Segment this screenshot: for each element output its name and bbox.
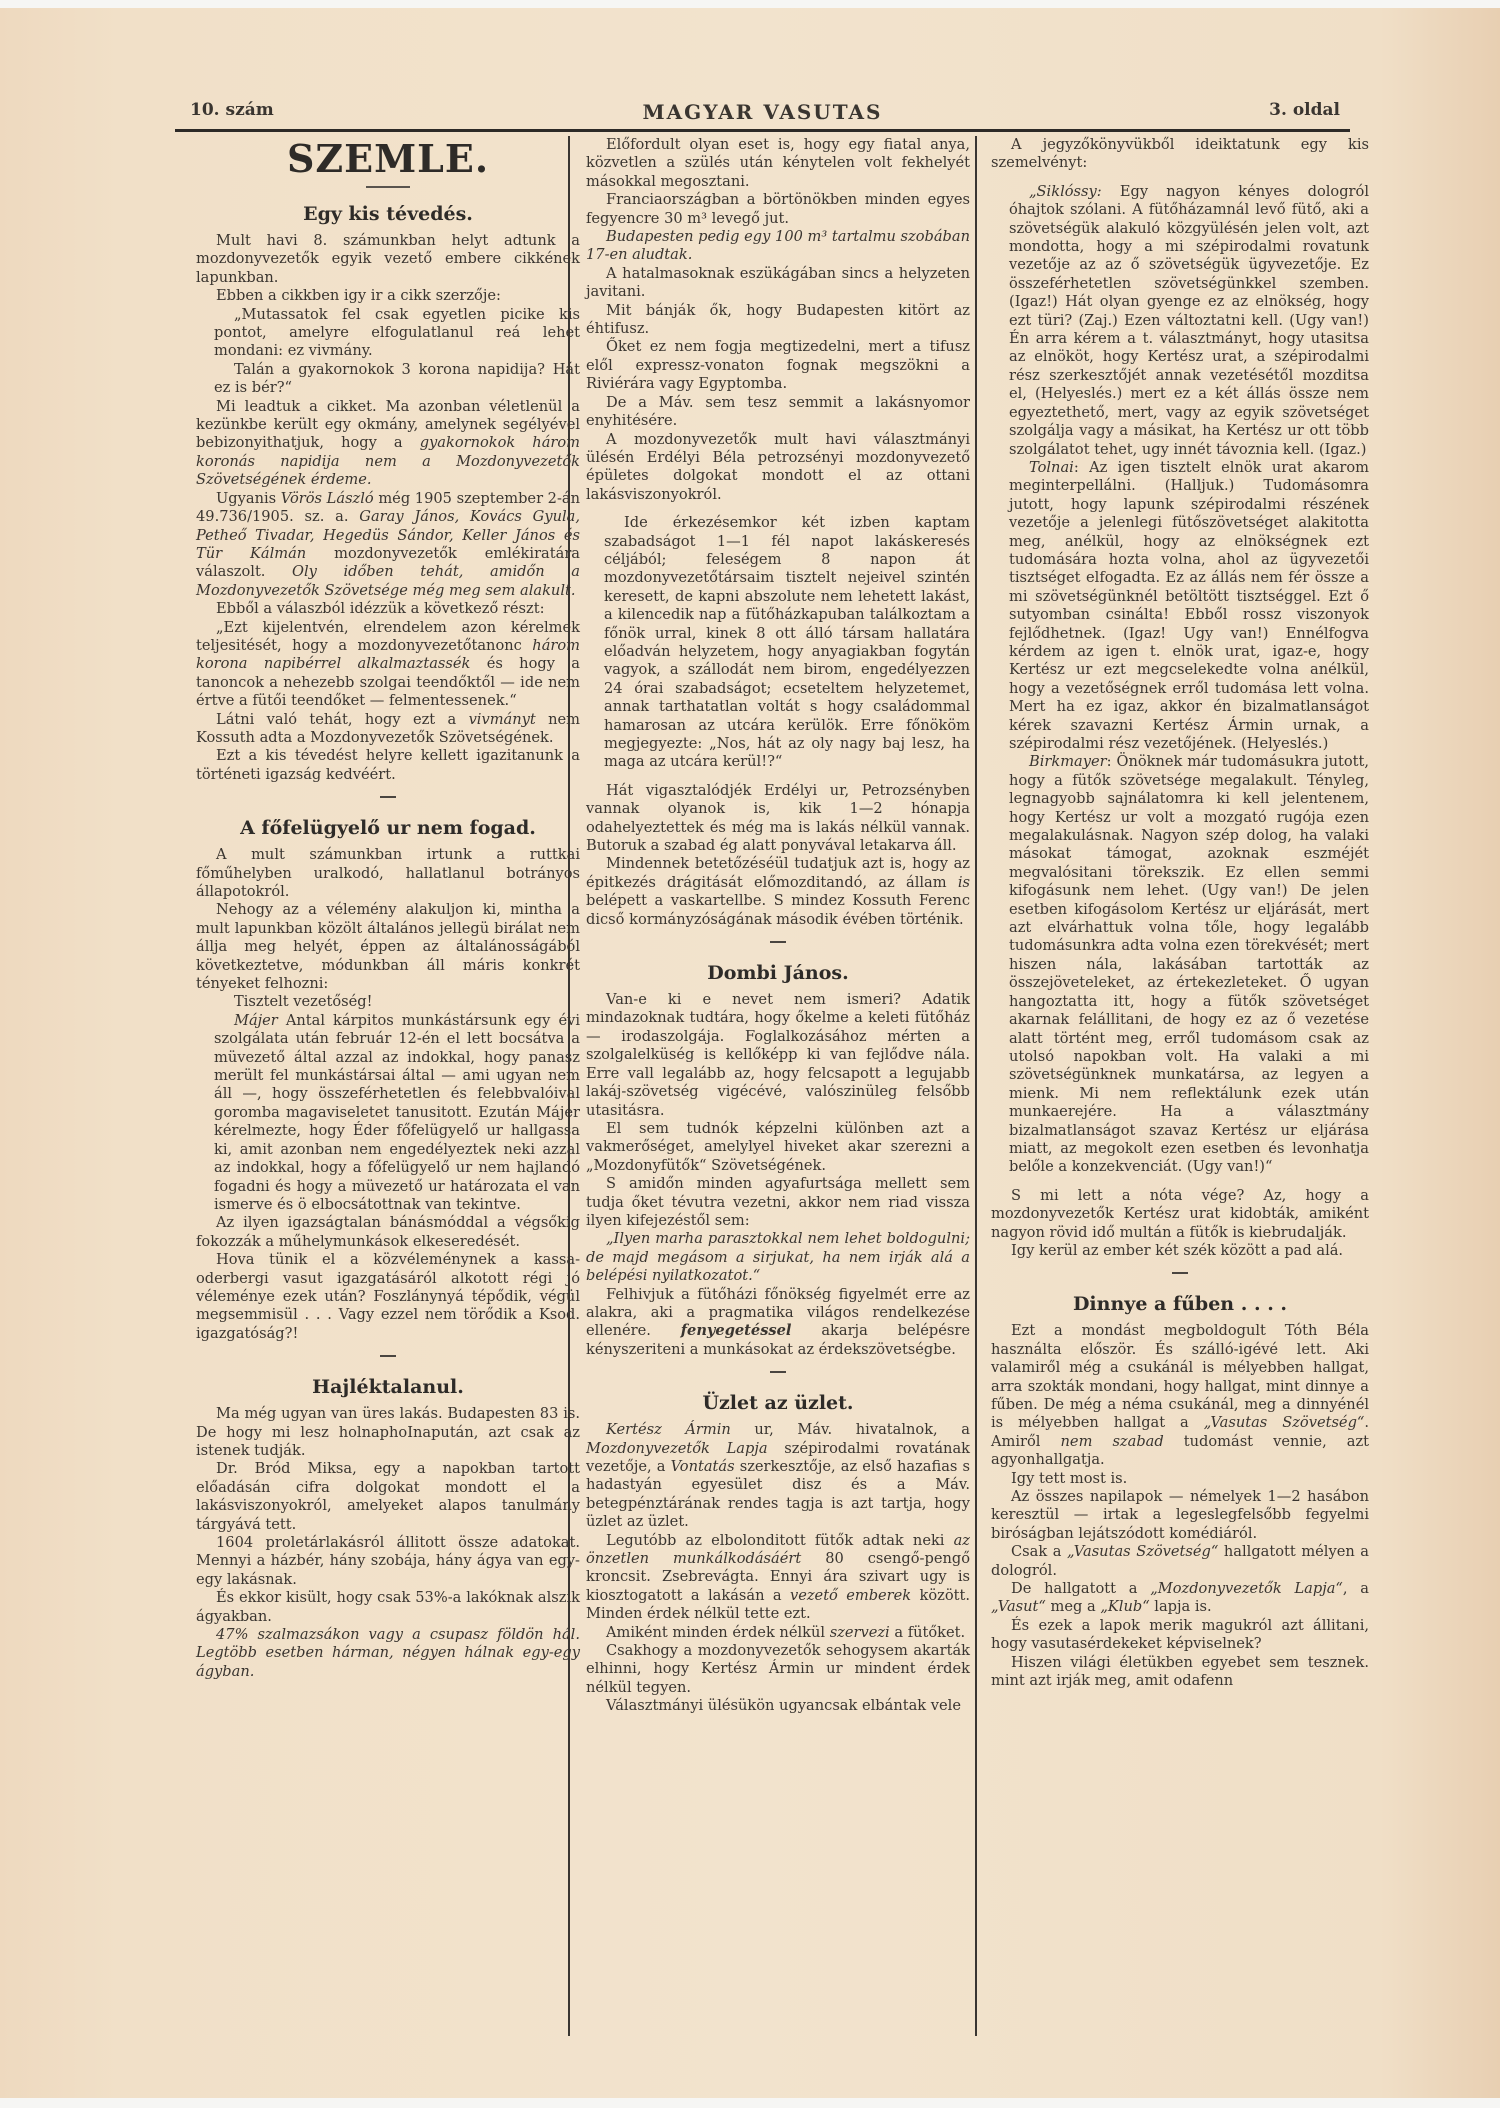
paragraph: Ugyanis Vörös László még 1905 szeptember… (196, 490, 580, 600)
paragraph: Amiként minden érdek nélkül szervezi a f… (586, 1624, 970, 1642)
body-text: Ugyanis (216, 490, 281, 507)
article-dinnye-a-fuben: Dinnye a fűben . . . . Ezt a mondást meg… (991, 1292, 1369, 1690)
article-continuation: Előfordult olyan eset is, hogy egy fiata… (586, 136, 970, 929)
body-text: Legutóbb az elbolonditott fütők adtak ne… (606, 1532, 954, 1549)
emphasis-text: fenyegetéssel (681, 1322, 792, 1339)
body-text: A mozdonyvezetők mult havi választmányi … (586, 431, 970, 503)
article-hajlektalanul: Hajléktalanul. Ma még ugyan van üres lak… (196, 1375, 580, 1681)
body-text: De a Máv. sem tesz semmit a lakásnyomor … (586, 394, 970, 429)
emphasis-text: 47% szalmazsákon vagy a csupasz földön h… (196, 1626, 580, 1680)
emphasis-text: Vontatás (671, 1458, 735, 1475)
paragraph: Csakhogy a mozdonyvezetők sehogysem akar… (586, 1642, 970, 1697)
paragraph: Mult havi 8. számunkban helyt adtunk a m… (196, 232, 580, 287)
masthead: MAGYAR VASUTAS (175, 100, 1350, 124)
body-text: El sem tudnók képzelni különben azt a va… (586, 1120, 970, 1174)
emphasis-text: „Siklóssy: (1029, 183, 1102, 200)
paragraph: És ekkor kisült, hogy csak 53%-a lakókna… (196, 1589, 580, 1626)
emphasis-text: „Vasut“ (991, 1598, 1046, 1615)
body-text: Franciaországban a börtönökben minden eg… (586, 191, 970, 226)
paragraph: Nehogy az a vélemény alakuljon ki, minth… (196, 901, 580, 993)
paragraph: Ma még ugyan van üres lakás. Budapesten … (196, 1405, 580, 1460)
paragraph: 1604 proletárlakásról állitott össze ada… (196, 1534, 580, 1589)
paragraph: Dr. Bród Miksa, egy a napokban tartott e… (196, 1460, 580, 1534)
article-title: Egy kis tévedés. (196, 202, 580, 226)
column-divider (975, 136, 977, 2036)
paragraph: Az összes napilapok — némelyek 1—2 hasáb… (991, 1488, 1369, 1543)
paragraph: A jegyzőkönyvükből ideiktatunk egy kis s… (991, 136, 1369, 173)
emphasis-text: nem szabad (1061, 1433, 1164, 1450)
article-title: Hajléktalanul. (196, 1375, 580, 1399)
body-text: Tisztelt vezetőség! (234, 993, 372, 1010)
emphasis-text: Tolnai (1029, 459, 1074, 476)
body-text: Ma még ugyan van üres lakás. Budapesten … (196, 1405, 580, 1459)
paragraph: És ezek a lapok merik magukról azt állit… (991, 1617, 1369, 1654)
paragraph: Látni való tehát, hogy ezt a vivmányt ne… (196, 711, 580, 748)
body-text: Előfordult olyan eset is, hogy egy fiata… (586, 136, 970, 190)
paragraph: „Ezt kijelentvén, elrendelem azon kérelm… (196, 619, 580, 711)
body-text: És ezek a lapok merik magukról azt állit… (991, 1617, 1369, 1652)
paragraph: „Ilyen marha parasztokkal nem lehet bold… (586, 1230, 970, 1285)
body-text: Egy nagyon kényes dologról óhajtok szóla… (1009, 183, 1369, 458)
body-text: Ebben a cikkben igy ir a cikk szerzője: (216, 287, 501, 304)
body-text: Igy tett most is. (1011, 1470, 1127, 1487)
body-text: „Ezt kijelentvén, elrendelem azon kérelm… (196, 619, 580, 654)
body-text: Nehogy az a vélemény alakuljon ki, minth… (196, 901, 580, 992)
article-body: A jegyzőkönyvükből ideiktatunk egy kis s… (991, 136, 1369, 173)
body-text: S amidőn minden agyafurtsága mellett sem… (586, 1175, 970, 1229)
body-text: Dr. Bród Miksa, egy a napokban tartott e… (196, 1460, 580, 1532)
body-text: : Önöknek már tudomásukra jutott, hogy a… (1009, 753, 1369, 1175)
separator-dash (380, 796, 396, 798)
paragraph: „Mutassatok fel csak egyetlen picike kis… (196, 306, 580, 361)
body-text: Hova tünik el a közvéleménynek a kassa-o… (196, 1251, 580, 1342)
body-text: Látni való tehát, hogy ezt a (216, 711, 469, 728)
article-title: Dombi János. (586, 961, 970, 985)
paragraph: Hiszen világi életükben egyebet sem tesz… (991, 1654, 1369, 1691)
paragraph: S amidőn minden agyafurtsága mellett sem… (586, 1175, 970, 1230)
paragraph: A mult számunkban irtunk a ruttkai főműh… (196, 846, 580, 901)
body-text: Ide érkezésemkor két izben kaptam szabad… (604, 514, 970, 770)
emphasis-text: Kertész Ármin (606, 1421, 731, 1438)
title-rule (366, 186, 410, 188)
body-text: belépett a vaskartellbe. S mindez Kossut… (586, 892, 970, 927)
body-text: S mi lett a nóta vége? Az, hogy a mozdon… (991, 1187, 1369, 1241)
body-text: ur, Máv. hivatalnok, a (731, 1421, 970, 1438)
paragraph: Tisztelt vezetőség! (196, 993, 580, 1011)
body-text: „Mutassatok fel csak egyetlen picike kis… (214, 306, 580, 360)
body-text: Az ilyen igazságtalan bánásmóddal a végs… (196, 1214, 580, 1249)
article-body: Hát vigasztalódjék Erdélyi ur, Petrozsén… (586, 782, 970, 929)
emphasis-text: Birkmayer (1029, 753, 1107, 770)
body-text: A hatalmasoknak eszükágában sincs a hely… (586, 265, 970, 300)
emphasis-text: „Ilyen marha parasztokkal nem lehet bold… (586, 1230, 970, 1284)
emphasis-text: Mozdonyvezetők Lapja (586, 1440, 768, 1457)
body-text: Talán a gyakornokok 3 korona napidija? H… (214, 361, 580, 396)
paragraph: 47% szalmazsákon vagy a csupasz földön h… (196, 1626, 580, 1681)
article-body: S mi lett a nóta vége? Az, hogy a mozdon… (991, 1187, 1369, 1261)
body-text: Hát vigasztalódjék Erdélyi ur, Petrozsén… (586, 782, 970, 854)
paragraph: Csak a „Vasutas Szövetség“ hallgatott mé… (991, 1543, 1369, 1580)
paragraph: Ebben a cikkben igy ir a cikk szerzője: (196, 287, 580, 305)
column-2: Előfordult olyan eset is, hogy egy fiata… (586, 136, 970, 1716)
emphasis-text: vivmányt (469, 711, 536, 728)
article-egy-kis-tevedes: Egy kis tévedés. Mult havi 8. számunkban… (196, 202, 580, 784)
paragraph: Ezt a kis tévedést helyre kellett igazit… (196, 747, 580, 784)
article-body: A mult számunkban irtunk a ruttkai főműh… (196, 846, 580, 1343)
article-dombi-janos: Dombi János. Van-e ki e nevet nem ismeri… (586, 961, 970, 1359)
body-text: Mit bánják ők, hogy Budapesten kitört az… (586, 302, 970, 337)
paragraph: Talán a gyakornokok 3 korona napidija? H… (196, 361, 580, 398)
body-text: Igy kerül az ember két szék között a pad… (1011, 1242, 1343, 1259)
article-body: Ma még ugyan van üres lakás. Budapesten … (196, 1405, 580, 1681)
quoted-letter: Ide érkezésemkor két izben kaptam szabad… (586, 514, 970, 772)
body-text: Hiszen világi életükben egyebet sem tesz… (991, 1654, 1369, 1689)
body-text: Őket ez nem fogja megtizedelni, mert a t… (586, 338, 970, 392)
paragraph: Őket ez nem fogja megtizedelni, mert a t… (586, 338, 970, 393)
paragraph: Az ilyen igazságtalan bánásmóddal a végs… (196, 1214, 580, 1251)
body-text: Csakhogy a mozdonyvezetők sehogysem akar… (586, 1642, 970, 1696)
column-1: SZEMLE. Egy kis tévedés. Mult havi 8. sz… (196, 136, 580, 1681)
paragraph: Felhivjuk a fütőházi főnökség figyelmét … (586, 1286, 970, 1360)
paragraph: S mi lett a nóta vége? Az, hogy a mozdon… (991, 1187, 1369, 1242)
emphasis-text: „Mozdonyvezetők Lapja“ (1150, 1580, 1343, 1597)
article-body: Ezt a mondást megboldogult Tóth Béla has… (991, 1322, 1369, 1690)
paragraph: Igy tett most is. (991, 1470, 1369, 1488)
minutes-excerpt: „Siklóssy: Egy nagyon kényes dologról óh… (991, 183, 1369, 1177)
body-text: Amiként minden érdek nélkül (606, 1624, 830, 1641)
article-body: Mult havi 8. számunkban helyt adtunk a m… (196, 232, 580, 784)
paragraph: Kertész Ármin ur, Máv. hivatalnok, a Moz… (586, 1421, 970, 1531)
body-text: Ezt a kis tévedést helyre kellett igazit… (196, 747, 580, 782)
emphasis-text: „Vasutas Szövetség“ (1204, 1414, 1365, 1431)
article-continuation: A jegyzőkönyvükből ideiktatunk egy kis s… (991, 136, 1369, 1260)
body-text: Az összes napilapok — némelyek 1—2 hasáb… (991, 1488, 1369, 1542)
section-title: SZEMLE. (196, 136, 580, 182)
body-text: meg a (1046, 1598, 1100, 1615)
paragraph: Mindennek betetőzéséül tudatjuk azt is, … (586, 855, 970, 929)
paragraph: De a Máv. sem tesz semmit a lakásnyomor … (586, 394, 970, 431)
body-text: a fütőket. (890, 1624, 965, 1641)
article-uzlet-az-uzlet: Üzlet az üzlet. Kertész Ármin ur, Máv. h… (586, 1391, 970, 1716)
emphasis-text: „Vasutas Szövetség“ (1067, 1543, 1218, 1560)
body-text: Van-e ki e nevet nem ismeri? Adatik mind… (586, 991, 970, 1118)
emphasis-text: szervezi (830, 1624, 890, 1641)
article-body: Van-e ki e nevet nem ismeri? Adatik mind… (586, 991, 970, 1359)
paragraph: Ide érkezésemkor két izben kaptam szabad… (586, 514, 970, 772)
separator-dash (380, 1355, 396, 1357)
body-text: Csak a (1011, 1543, 1067, 1560)
paragraph: Májer Antal kárpitos munkástársunk egy é… (196, 1012, 580, 1214)
paragraph: Ebből a válaszból idézzük a következő ré… (196, 600, 580, 618)
header-rule (175, 129, 1350, 132)
paragraph: Választmányi ülésükön ugyancsak elbántak… (586, 1697, 970, 1715)
article-body: Kertész Ármin ur, Máv. hivatalnok, a Moz… (586, 1421, 970, 1716)
paragraph: A hatalmasoknak eszükágában sincs a hely… (586, 265, 970, 302)
emphasis-text: Vörös László (281, 490, 374, 507)
paragraph: Előfordult olyan eset is, hogy egy fiata… (586, 136, 970, 191)
separator-dash (770, 941, 786, 943)
paragraph: A mozdonyvezetők mult havi választmányi … (586, 431, 970, 505)
paragraph: Budapesten pedig egy 100 m³ tartalmu szo… (586, 228, 970, 265)
article-body: Előfordult olyan eset is, hogy egy fiata… (586, 136, 970, 504)
paragraph: Birkmayer: Önöknek már tudomásukra jutot… (991, 753, 1369, 1176)
separator-dash (770, 1371, 786, 1373)
paragraph: Igy kerül az ember két szék között a pad… (991, 1242, 1369, 1260)
body-text: A mult számunkban irtunk a ruttkai főműh… (196, 846, 580, 900)
paragraph: El sem tudnók képzelni különben azt a va… (586, 1120, 970, 1175)
body-text: Választmányi ülésükön ugyancsak elbántak… (606, 1697, 961, 1714)
article-title: Dinnye a fűben . . . . (991, 1292, 1369, 1316)
paragraph: Mi leadtuk a cikket. Ma azonban véletlen… (196, 398, 580, 490)
article-title: Üzlet az üzlet. (586, 1391, 970, 1415)
paragraph: Hova tünik el a közvéleménynek a kassa-o… (196, 1251, 580, 1343)
paragraph: Franciaországban a börtönökben minden eg… (586, 191, 970, 228)
emphasis-text: „Klub“ (1100, 1598, 1149, 1615)
paragraph: Van-e ki e nevet nem ismeri? Adatik mind… (586, 991, 970, 1120)
emphasis-text: Budapesten pedig egy 100 m³ tartalmu szo… (586, 228, 970, 263)
body-text: És ekkor kisült, hogy csak 53%-a lakókna… (196, 1589, 580, 1624)
paragraph: Ezt a mondást megboldogult Tóth Béla has… (991, 1322, 1369, 1469)
body-text: lapja is. (1150, 1598, 1212, 1615)
body-text: , a (1343, 1580, 1369, 1597)
paragraph: „Siklóssy: Egy nagyon kényes dologról óh… (991, 183, 1369, 459)
body-text: Antal kárpitos munkástársunk egy évi szo… (214, 1012, 580, 1213)
separator-dash (1172, 1272, 1188, 1274)
body-text: A jegyzőkönyvükből ideiktatunk egy kis s… (991, 136, 1369, 171)
paragraph: Legutóbb az elbolonditott fütők adtak ne… (586, 1532, 970, 1624)
page-number: 3. oldal (1269, 100, 1340, 120)
paragraph: Tolnai: Az igen tisztelt elnök urat akar… (991, 459, 1369, 754)
body-text: Mindennek betetőzéséül tudatjuk azt is, … (586, 855, 970, 890)
emphasis-text: vezető emberek (790, 1587, 911, 1604)
page-header: 10. szám MAGYAR VASUTAS 3. oldal (175, 100, 1350, 130)
paragraph: De hallgatott a „Mozdonyvezetők Lapja“, … (991, 1580, 1369, 1617)
column-3: A jegyzőkönyvükből ideiktatunk egy kis s… (991, 136, 1369, 1691)
emphasis-text: is (958, 874, 970, 891)
body-text: Mult havi 8. számunkban helyt adtunk a m… (196, 232, 580, 286)
body-text: : Az igen tisztelt elnök urat akarom meg… (1009, 459, 1369, 752)
emphasis-text: Májer (234, 1012, 278, 1029)
article-fofelugyelo: A főfelügyelő ur nem fogad. A mult számu… (196, 816, 580, 1343)
paragraph: Hát vigasztalódjék Erdélyi ur, Petrozsén… (586, 782, 970, 856)
paragraph: Mit bánják ők, hogy Budapesten kitört az… (586, 302, 970, 339)
body-text: De hallgatott a (1011, 1580, 1150, 1597)
body-text: 1604 proletárlakásról állitott össze ada… (196, 1534, 580, 1588)
body-text: Ebből a válaszból idézzük a következő ré… (216, 600, 544, 617)
article-title: A főfelügyelő ur nem fogad. (196, 816, 580, 840)
newspaper-page: 10. szám MAGYAR VASUTAS 3. oldal SZEMLE.… (0, 8, 1500, 2098)
